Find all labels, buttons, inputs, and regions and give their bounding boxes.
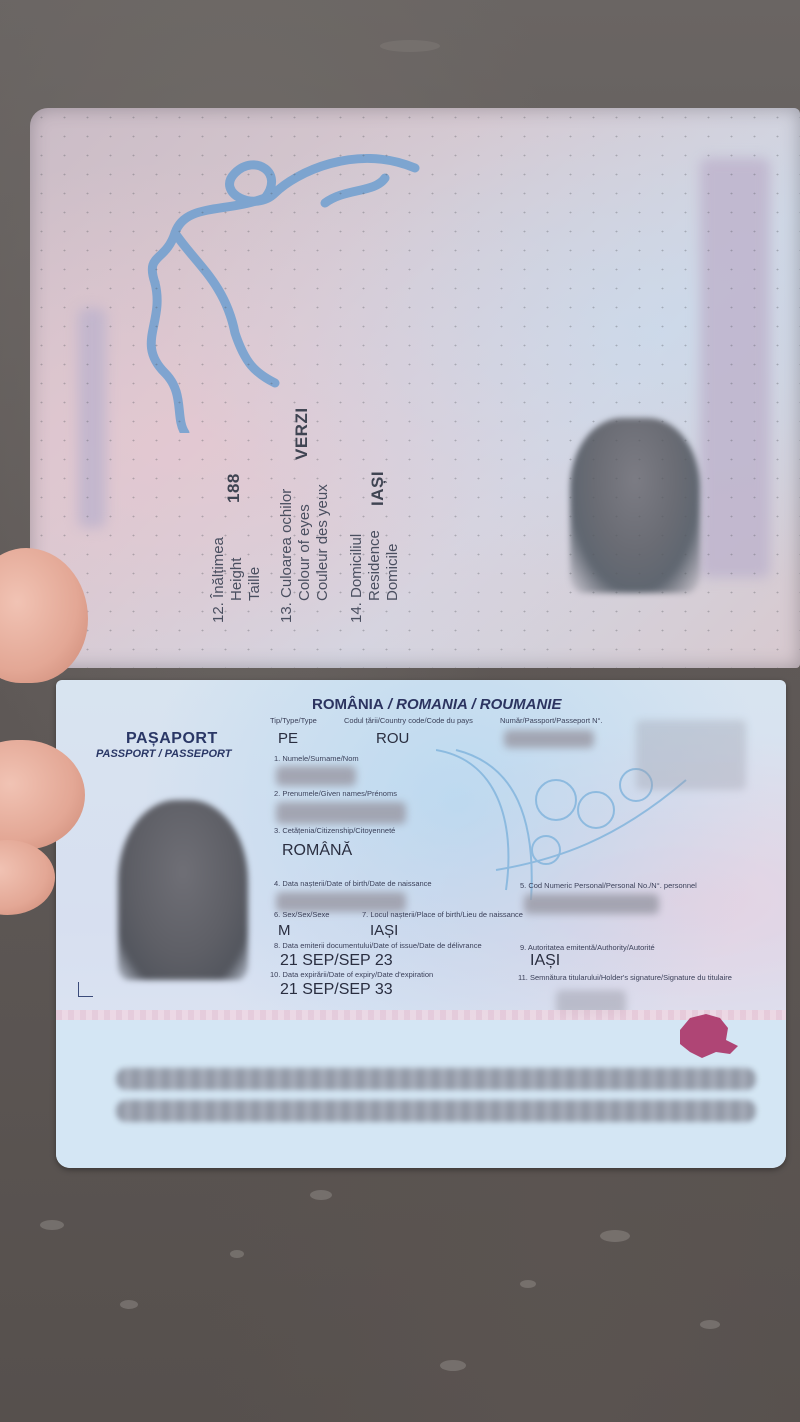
- document-title: PAȘAPORT: [126, 730, 218, 748]
- eye-colour-value: VERZI: [292, 407, 312, 460]
- country-code-value: ROU: [376, 730, 409, 747]
- date-of-issue-label: 8. Data emiterii documentului/Date of is…: [274, 941, 482, 950]
- authority-value: IAȘI: [530, 952, 560, 970]
- authority-label: 9. Autoritatea emitentă/Authority/Autori…: [520, 943, 655, 952]
- mrz-line-2: [116, 1100, 756, 1122]
- country-code-label: Codul țării/Country code/Code du pays: [344, 716, 473, 725]
- mrz-line-1: [116, 1068, 756, 1090]
- signature-label: 11. Semnătura titularului/Holder's signa…: [518, 973, 732, 982]
- type-value: PE: [278, 730, 298, 747]
- personal-number-redacted: [524, 894, 659, 914]
- citizenship-value: ROMÂNĂ: [282, 842, 352, 860]
- sex-label: 6. Sex/Sex/Sexe: [274, 910, 329, 919]
- redacted-strip-right: [700, 158, 770, 578]
- given-names-redacted: [276, 802, 406, 824]
- middle-finger: [0, 840, 55, 915]
- given-names-label: 2. Prenumele/Given names/Prénoms: [274, 789, 397, 798]
- type-label: Tip/Type/Type: [270, 716, 317, 725]
- date-of-birth-label: 4. Data nașterii/Date of birth/Date de n…: [274, 879, 432, 888]
- personal-number-label: 5. Cod Numeric Personal/Personal No./N°.…: [520, 881, 697, 890]
- romania-map-icon: [672, 1010, 742, 1062]
- sex-value: M: [278, 922, 291, 939]
- redacted-area-top-right: [636, 720, 746, 790]
- date-of-issue-value: 21 SEP/SEP 23: [280, 952, 393, 970]
- height-label: 12. Înălțimea Height Taille: [210, 537, 264, 623]
- residence-value: IAȘI: [368, 471, 388, 506]
- surname-redacted: [276, 766, 356, 786]
- date-of-birth-redacted: [276, 892, 406, 912]
- passport-data-page: ROMÂNIA / ROMANIA / ROUMANIE PAȘAPORT PA…: [56, 680, 786, 1168]
- passport-number-redacted: [504, 730, 594, 748]
- redacted-strip-left: [78, 308, 106, 528]
- surname-label: 1. Numele/Surname/Nom: [274, 754, 359, 763]
- place-of-birth-value: IAȘI: [370, 922, 398, 939]
- country-title: ROMÂNIA / ROMANIA / ROUMANIE: [312, 696, 561, 713]
- passport-number-label: Număr/Passport/Passeport N°.: [500, 716, 603, 725]
- photo-corner-mark-icon: [78, 982, 93, 997]
- place-of-birth-label: 7. Locul nașterii/Place of birth/Lieu de…: [362, 910, 523, 919]
- ornament-scroll-icon: [85, 133, 425, 433]
- height-value: 188: [224, 473, 244, 503]
- eye-colour-label: 13. Culoarea ochilor Colour of eyes Coul…: [278, 484, 332, 623]
- document-subtitle: PASSPORT / PASSEPORT: [96, 748, 232, 760]
- date-of-expiry-value: 21 SEP/SEP 33: [280, 981, 393, 999]
- passport-observations-page: 12. Înălțimea Height Taille 188 13. Culo…: [30, 108, 800, 668]
- ghost-photo: [570, 418, 700, 593]
- holder-photo: [118, 800, 248, 980]
- date-of-expiry-label: 10. Data expirării/Date of expiry/Date d…: [270, 970, 433, 979]
- citizenship-label: 3. Cetățenia/Citizenship/Citoyenneté: [274, 826, 395, 835]
- residence-label: 14. Domiciliul Residence Domicile: [348, 530, 402, 623]
